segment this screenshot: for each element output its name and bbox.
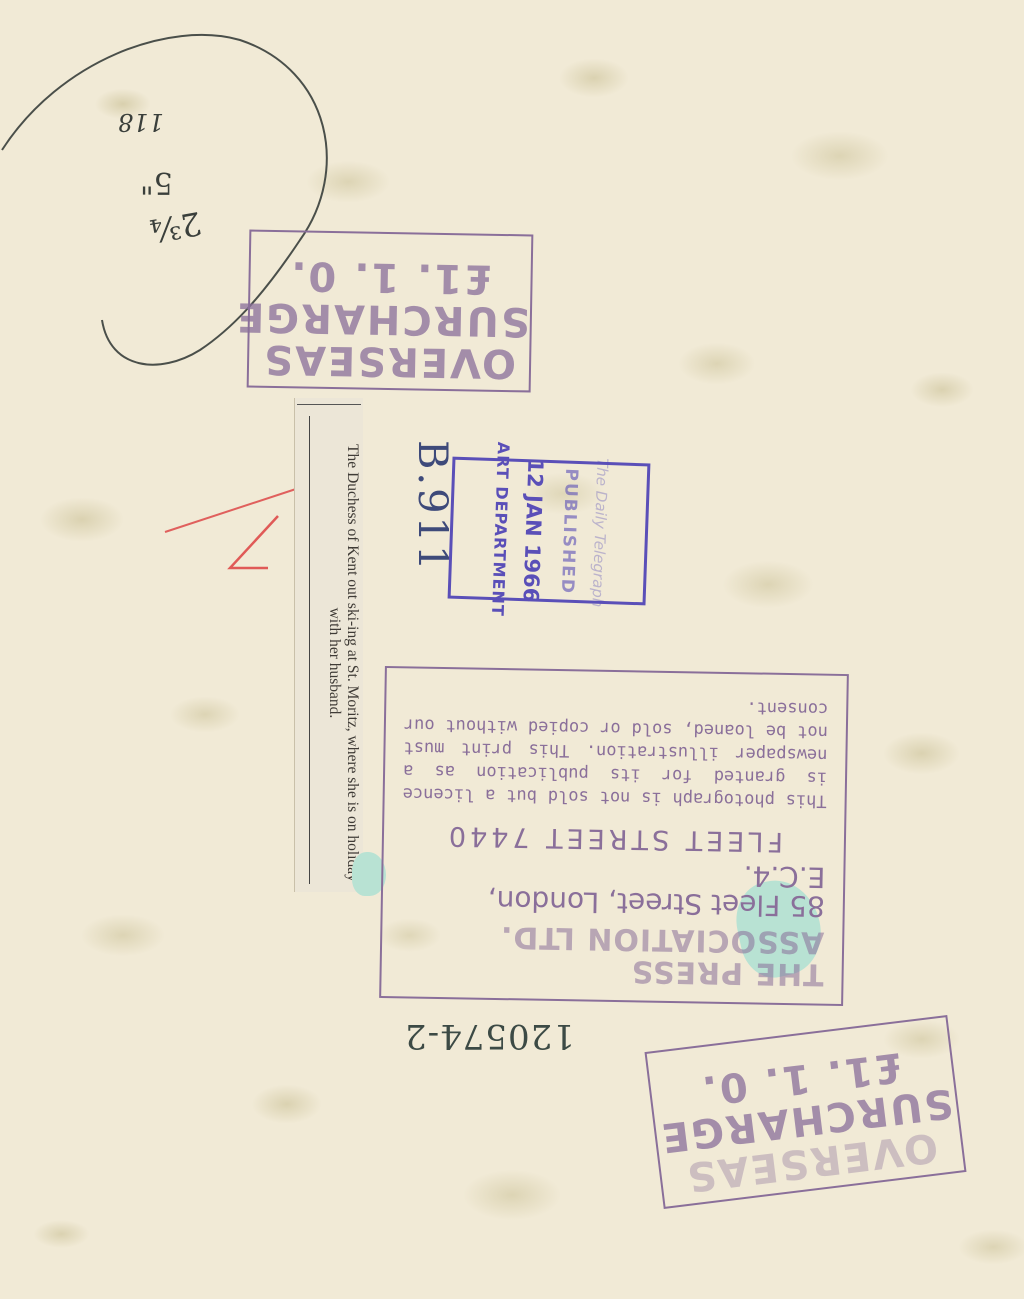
stamp-published-label: PUBLISHED [555,432,580,631]
clipping-caption-text: The Duchess of Kent out ski-ing at St. M… [325,438,361,888]
overseas-surcharge-stamp-top: OVERSEAS SURCHARGE £1. 1. 0. [247,230,534,393]
stamp-company-name: The Daily Telegraph [588,434,611,632]
stamp-agency-address: 85 Fleet Street, London, E.C.4. [401,855,826,921]
stamp-line-amount: £1. 1. 0. [250,254,531,301]
clipping-side-rule [309,416,310,884]
handwritten-ref-b911: B.911 [409,440,455,573]
stamp-line-overseas: OVERSEAS [249,338,530,385]
red-pencil-stroke [165,487,302,532]
stamp-department: ART DEPARTMENT [488,430,512,628]
newspaper-caption-clipping: The Duchess of Kent out ski-ing at St. M… [294,398,363,892]
pencil-note-5in: 5" [140,165,173,200]
stamp-agency-phone: FLEET STREET 7440 [402,820,826,856]
stamp-licence-notice: This photograph is not sold but a licenc… [403,690,829,812]
clipping-top-rule [297,404,361,405]
red-tick-mark [230,516,278,568]
pencil-note-118: 118 [118,108,164,136]
stamp-agency-name: THE PRESS ASSOCIATION LTD. [399,919,824,989]
published-date-stamp: The Daily Telegraph PUBLISHED 12 JAN 196… [448,457,651,606]
handwritten-ref-number: 120574-2 [404,1016,575,1056]
stamp-line-surcharge: SURCHARGE [250,296,531,343]
stamp-published-date: 12 JAN 1966 [519,431,548,630]
press-association-stamp: THE PRESS ASSOCIATION LTD. 85 Fleet Stre… [379,666,849,1006]
